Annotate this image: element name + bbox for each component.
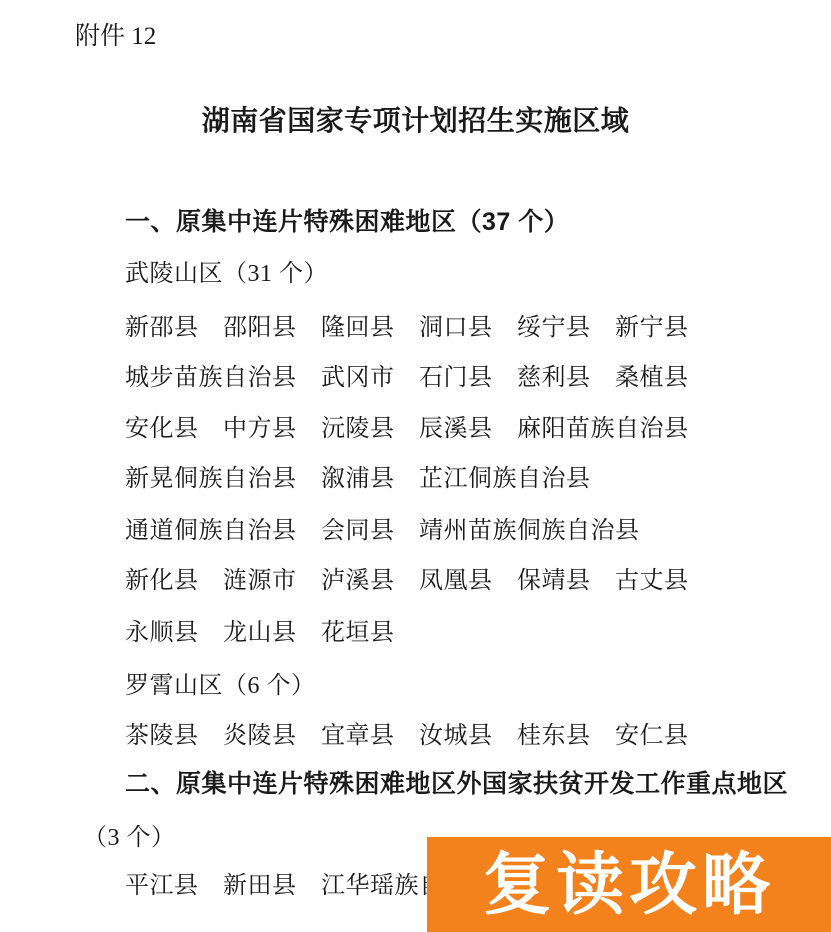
section-1-heading: 一、原集中连片特殊困难地区（37 个） [125, 210, 569, 235]
subsection-wuling-title: 武陵山区（31 个） [125, 262, 328, 286]
subsection-luoxiao-title: 罗霄山区（6 个） [125, 674, 316, 698]
county-row: 茶陵县 炎陵县 宜章县 汝城县 桂东县 安仁县 [125, 724, 689, 748]
county-row: 安化县 中方县 沅陵县 辰溪县 麻阳苗族自治县 [125, 417, 689, 441]
section-2-heading-wrap: （3 个） [83, 826, 176, 850]
page-title: 湖南省国家专项计划招生实施区域 [0, 108, 831, 136]
attachment-label: 附件 12 [75, 24, 156, 49]
section-2-heading: 二、原集中连片特殊困难地区外国家扶贫开发工作重点地区 [125, 772, 788, 797]
county-row: 通道侗族自治县 会同县 靖州苗族侗族自治县 [125, 519, 640, 543]
document-page: 附件 12 湖南省国家专项计划招生实施区域 一、原集中连片特殊困难地区（37 个… [0, 0, 831, 932]
county-row: 永顺县 龙山县 花垣县 [125, 621, 395, 645]
county-row: 新晃侗族自治县 溆浦县 芷江侗族自治县 [125, 467, 591, 491]
watermark-badge: 复读攻略 [427, 837, 831, 932]
county-row: 城步苗族自治县 武冈市 石门县 慈利县 桑植县 [125, 366, 689, 390]
county-row: 新邵县 邵阳县 隆回县 洞口县 绥宁县 新宁县 [125, 316, 689, 340]
watermark-text: 复读攻略 [483, 851, 775, 919]
county-row: 新化县 涟源市 泸溪县 凤凰县 保靖县 古丈县 [125, 569, 689, 593]
